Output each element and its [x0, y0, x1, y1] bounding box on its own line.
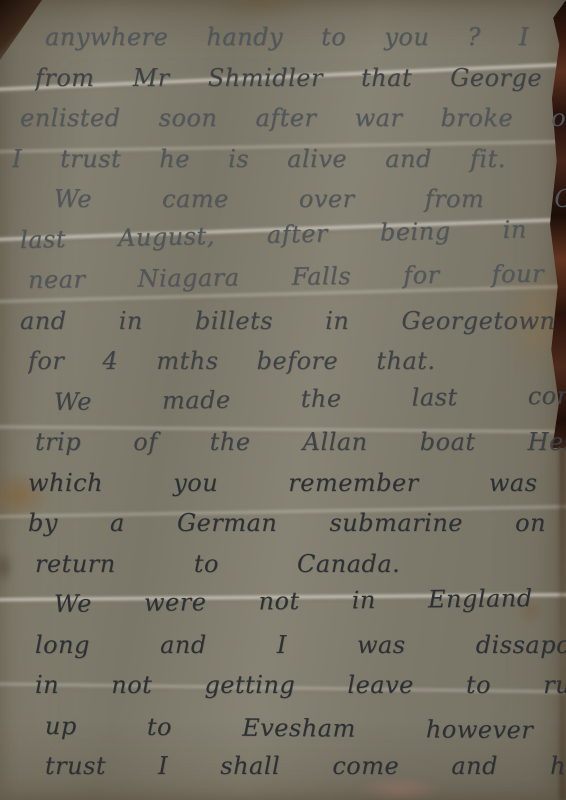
letter-line-18: up to Evesham however I — [45, 706, 566, 751]
letter-line-2: from Mr Shmidler that George Sandford — [35, 58, 566, 99]
letter-line-3: enlisted soon after war broke out. — [20, 98, 566, 139]
letter-photo: anywhere handy to you ? I heard from Mr … — [0, 0, 566, 800]
letter-line-1: anywhere handy to you ? I heard — [45, 17, 566, 58]
letter-line-12: which you remember was sunk — [28, 463, 566, 504]
letter-line-15: We were not in England very — [54, 578, 566, 625]
letter-line-17: in not getting leave to run — [35, 665, 566, 706]
letter-line-4: I trust he is alive and fit. — [12, 139, 566, 180]
letter-line-9: for 4 mths before that. — [28, 341, 566, 382]
letter-line-19: trust I shall come and have — [45, 746, 566, 787]
letter-line-16: long and I was dissapointed — [35, 625, 566, 666]
letter-line-11: trip of the Allan boat Hesperian — [35, 422, 566, 463]
letter-line-7: near Niagara Falls for four months — [28, 253, 566, 300]
letter-page: anywhere handy to you ? I heard from Mr … — [0, 0, 566, 800]
letter-line-10: We made the last completed — [54, 375, 566, 422]
letter-line-13: by a German submarine on her — [28, 503, 566, 544]
letter-line-8: and in billets in Georgetown Ont. — [20, 301, 566, 342]
